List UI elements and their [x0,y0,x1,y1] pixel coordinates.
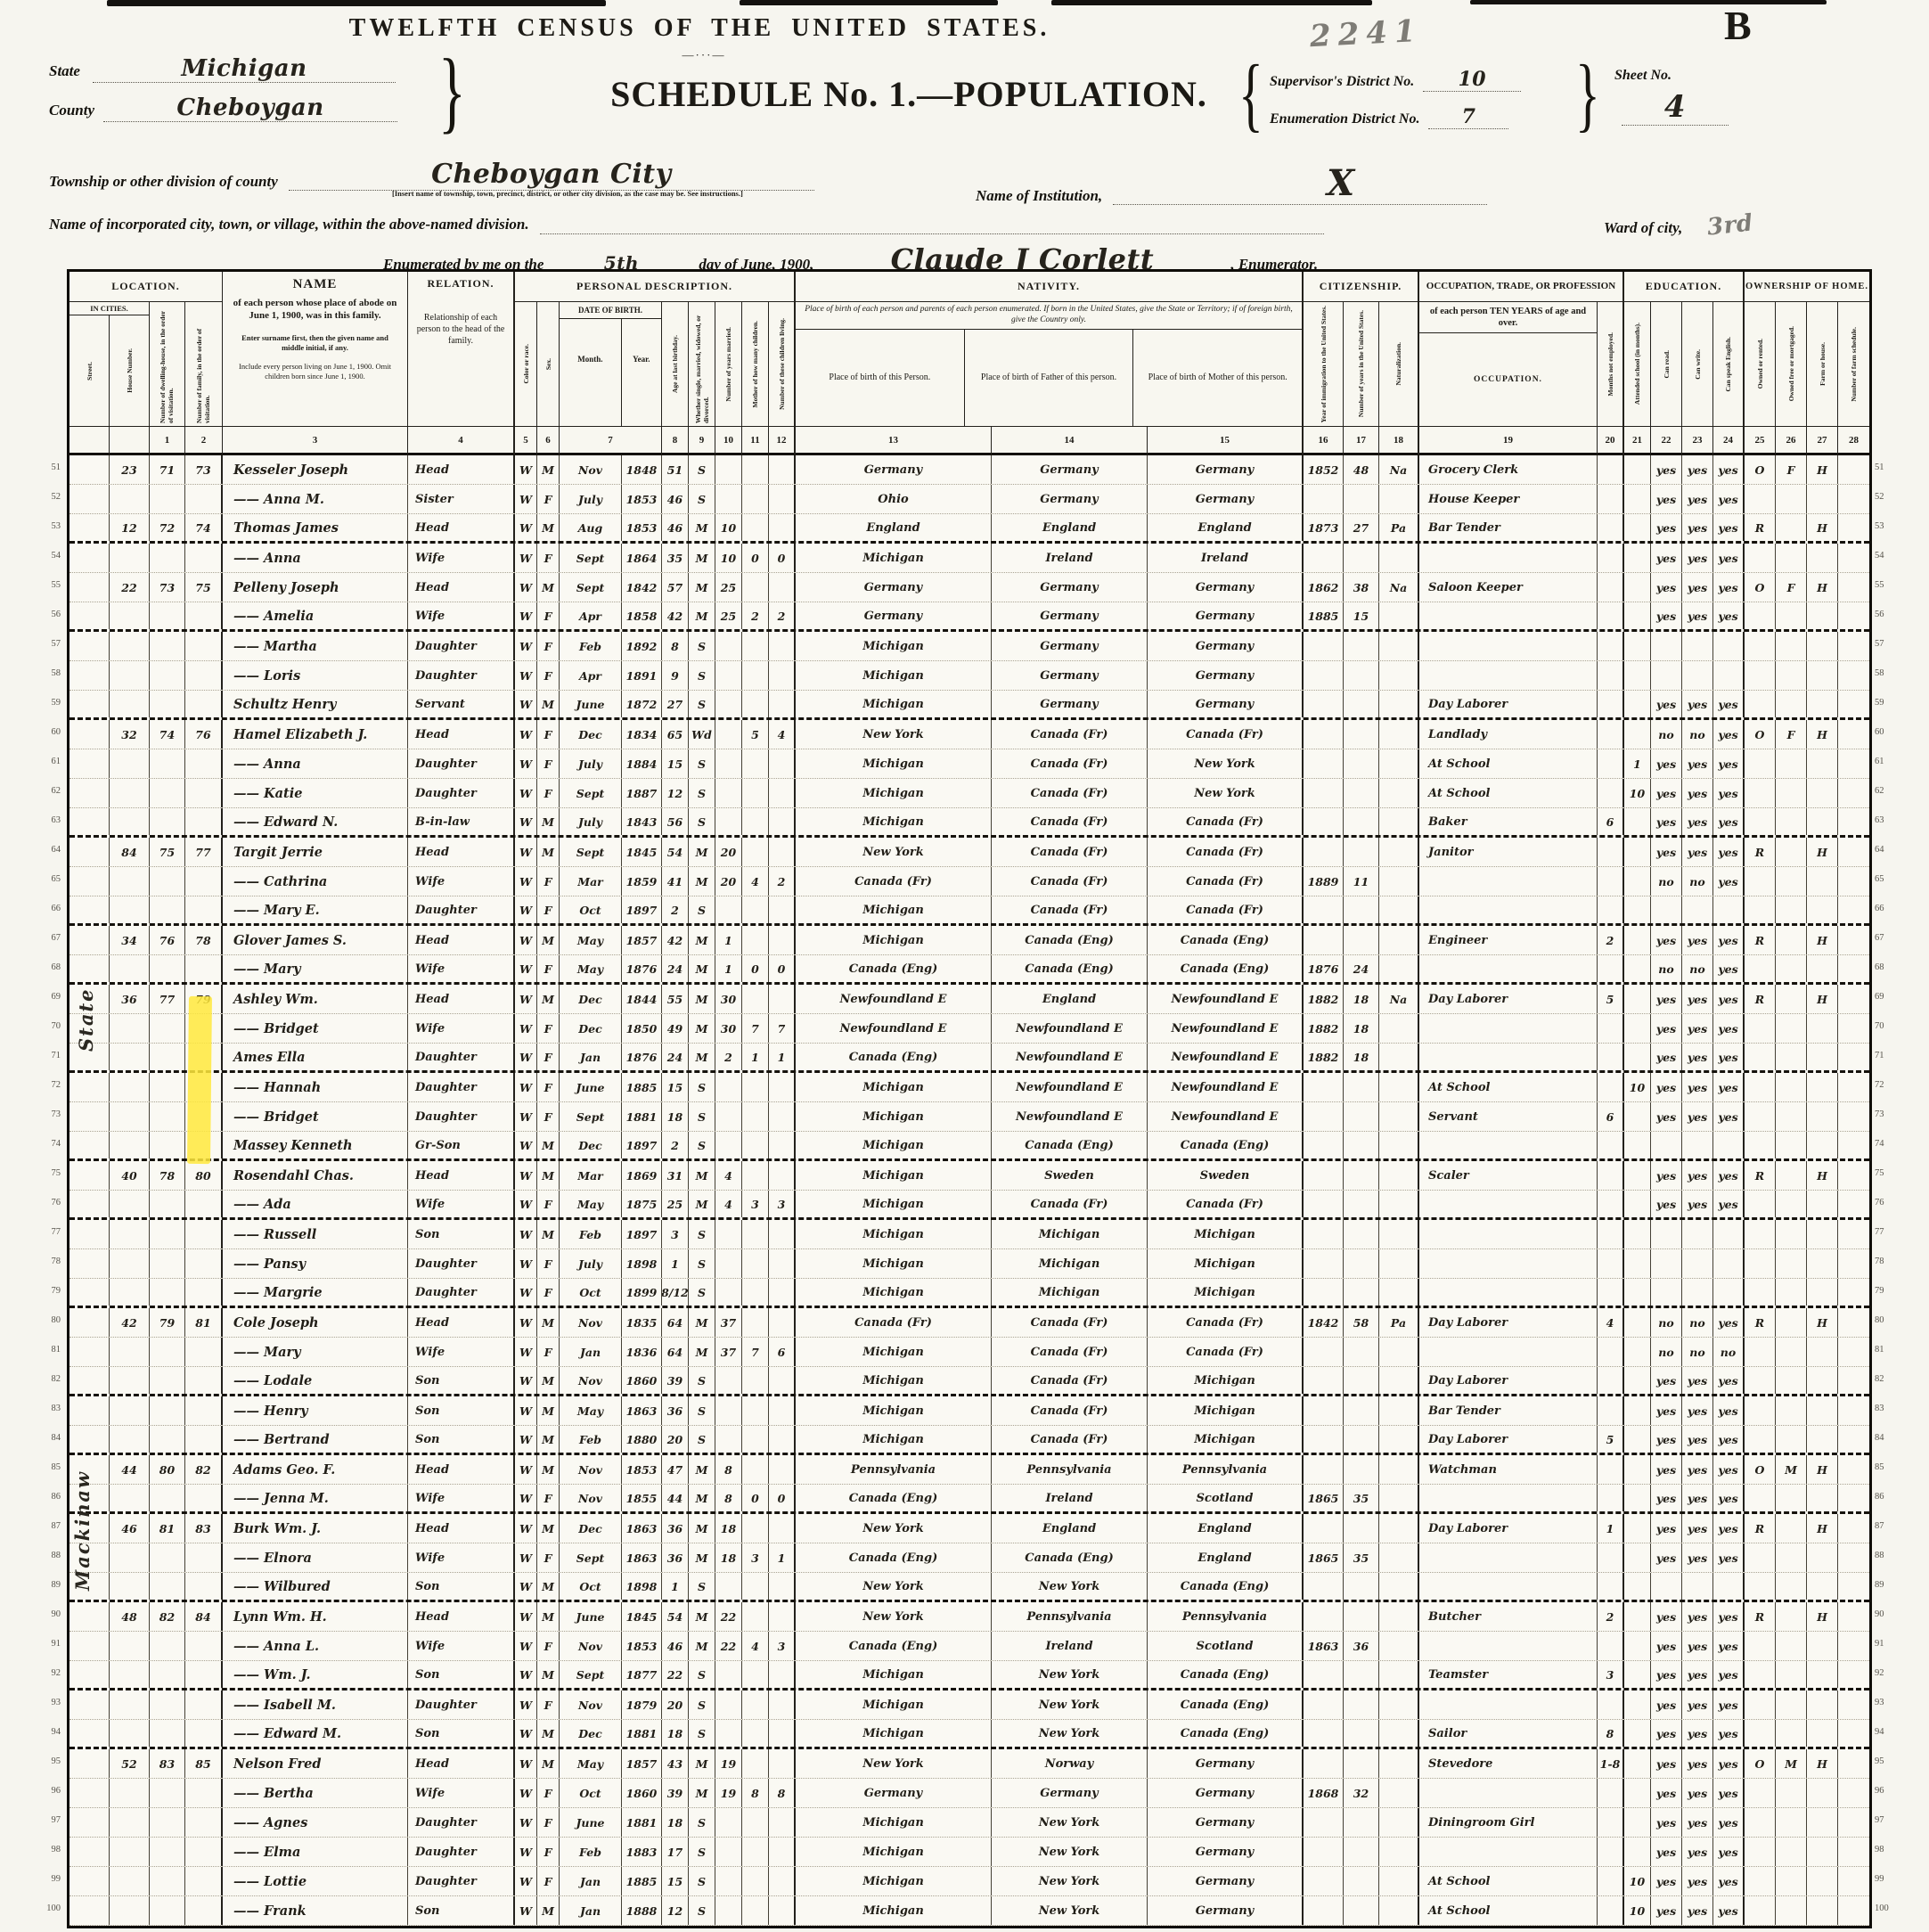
cell-ius [1344,1396,1379,1425]
cell-fs [1838,985,1869,1013]
cell-mu: 4 [1598,1308,1624,1337]
cell-fs [1838,1367,1869,1394]
cell-occ: Servant [1419,1102,1598,1131]
cell-own [1745,1338,1776,1366]
cell-bf: England [992,1514,1148,1543]
cell-color: W [515,602,537,629]
cell-bp: Canada (Eng) [796,955,992,982]
cell-fm [1776,1132,1807,1158]
cell-iy: 1842 [1304,1308,1344,1337]
cell-en: yes [1713,749,1745,778]
cell-fm [1776,1014,1807,1043]
cell-mar: M [689,1191,715,1217]
cell-nat [1379,1573,1419,1600]
cell-color: W [515,632,537,660]
cell-mu [1598,661,1624,690]
cell-house [110,661,150,690]
cell-mb [742,1279,769,1306]
cell-ym: 18 [715,1514,742,1543]
cell-bf: Canada (Fr) [992,779,1148,807]
cell-rel: Daughter [408,1808,515,1837]
cell-sch [1624,867,1651,896]
cell-mb: 7 [742,1338,769,1366]
cell-own [1745,1044,1776,1070]
imm-year-label: Year of immigration to the United States… [1320,306,1328,422]
colnum: 15 [1148,427,1304,455]
cell-ym: 8 [715,1485,742,1511]
gutter-left: 5152535455565758596061626364656667686970… [37,453,64,1923]
row-number: 86 [37,1482,64,1511]
cell-mu [1598,485,1624,513]
cell-iy [1304,544,1344,572]
cell-own [1745,602,1776,629]
cell-en [1713,896,1745,923]
cell-fam [185,602,223,629]
cell-fh [1807,1014,1838,1043]
cell-fh [1807,1573,1838,1600]
census-table: LOCATION. NAME of each person whose plac… [67,269,1872,1928]
cell-fh [1807,1279,1838,1306]
cell-mu [1598,1690,1624,1719]
school-label: Attended school (in months). [1633,323,1641,405]
cell-age: 36 [662,1396,689,1425]
cell-age: 54 [662,838,689,866]
cell-bp: Newfoundland E [796,985,992,1013]
cell-name: —— Margrie [223,1279,408,1306]
cell-age: 44 [662,1485,689,1511]
colnum: 14 [992,427,1148,455]
state-county-brace: } [438,39,466,144]
cell-month: Nov [560,1455,622,1484]
row-number: 55 [37,570,64,600]
cell-fam [185,1838,223,1866]
cell-own [1745,808,1776,835]
cell-color: W [515,1602,537,1631]
cell-occ [1419,1485,1598,1511]
cell-en: yes [1713,1808,1745,1837]
cell-ym [715,749,742,778]
cell-sex: M [537,1749,560,1778]
cell-age: 64 [662,1308,689,1337]
cell-color: W [515,455,537,484]
cell-nat [1379,1249,1419,1278]
cell-fh: H [1807,720,1838,749]
cell-fh: H [1807,455,1838,484]
row-number: 92 [1871,1658,1898,1688]
cell-fam: 76 [185,720,223,749]
cell-wr: yes [1682,544,1713,572]
row-number: 59 [1871,688,1898,717]
cell-occ: At School [1419,1073,1598,1101]
cell-nat [1379,485,1419,513]
city-line: Name of incorporated city, town, or vill… [49,216,1324,234]
cell-rd: yes [1651,1044,1682,1070]
name-sub: of each person whose place of abode on J… [230,298,400,323]
cell-mb: 7 [742,1014,769,1043]
cell-occ [1419,1838,1598,1866]
cell-ius [1344,1661,1379,1688]
cell-bp: Michigan [796,1191,992,1217]
table-row: —— Jenna M.WifeWFNov185544M800Canada (En… [69,1485,1869,1514]
cell-dwell [150,544,185,572]
cell-color: W [515,1338,537,1366]
cell-sex: F [537,661,560,690]
cell-name: —— Anna L. [223,1632,408,1660]
cell-mu [1598,1132,1624,1158]
cell-fm [1776,1426,1807,1453]
cell-name: —— Mary E. [223,896,408,923]
cell-fh [1807,485,1838,513]
state-field: Michigan [93,55,396,83]
cell-month: Oct [560,1279,622,1306]
cell-fm [1776,1808,1807,1837]
row-number: 58 [37,659,64,688]
table-row: —— HannahDaughterWFJune188515SMichiganNe… [69,1073,1869,1102]
cell-bf: Pennsylvania [992,1455,1148,1484]
mother-of-label: Mother of how many children. [751,321,759,407]
cell-bm: Canada (Eng) [1148,1690,1304,1719]
cell-sch [1624,632,1651,660]
cell-nat [1379,602,1419,629]
cell-sex: M [537,1455,560,1484]
cell-fm [1776,1573,1807,1600]
cell-fam: 82 [185,1455,223,1484]
cell-year: 1897 [622,1220,662,1248]
cell-occ [1419,1191,1598,1217]
cell-own [1745,661,1776,690]
cell-sex: F [537,1867,560,1895]
colnum: 23 [1682,427,1713,455]
cell-wr: yes [1682,749,1713,778]
cell-wr: yes [1682,985,1713,1013]
cell-rel: Daughter [408,1867,515,1895]
cell-house: 42 [110,1308,150,1337]
cell-rd: yes [1651,926,1682,954]
cell-rel: Head [408,455,515,484]
cell-name: —— Katie [223,779,408,807]
cell-rd: no [1651,1338,1682,1366]
cell-rel: Servant [408,691,515,717]
cell-nat [1379,1455,1419,1484]
table-row: —— Edward N.B-in-lawWMJuly184356SMichiga… [69,808,1869,838]
cell-wr: yes [1682,1661,1713,1688]
cell-name: Glover James S. [223,926,408,954]
cell-year: 1845 [622,1602,662,1631]
table-row: —— AnnaWifeWFSept186435M1000MichiganIrel… [69,544,1869,573]
cell-wr: no [1682,1308,1713,1337]
cell-ius [1344,838,1379,866]
cell-rel: Wife [408,544,515,572]
cell-nat [1379,1073,1419,1101]
cell-nat [1379,1838,1419,1866]
cell-age: 57 [662,573,689,602]
cell-bf: New York [992,1896,1148,1925]
cell-fs [1838,1014,1869,1043]
cell-sex: F [537,896,560,923]
cell-iy [1304,1602,1344,1631]
cell-wr: yes [1682,1161,1713,1190]
cell-iy [1304,926,1344,954]
cell-bp: Pennsylvania [796,1455,992,1484]
cell-wr: yes [1682,691,1713,717]
cell-own: R [1745,985,1776,1013]
cell-year: 1848 [622,455,662,484]
row-number: 79 [37,1276,64,1306]
cell-sex: F [537,749,560,778]
cell-sch [1624,1367,1651,1394]
cell-cl [769,1896,796,1925]
cell-dwell [150,1132,185,1158]
row-number: 79 [1871,1276,1898,1306]
cell-name: Kesseler Joseph [223,455,408,484]
cell-nat [1379,720,1419,749]
cell-en: yes [1713,1308,1745,1337]
cell-mb [742,985,769,1013]
row-number: 54 [1871,541,1898,570]
cell-bm: Canada (Fr) [1148,1308,1304,1337]
cell-fh [1807,1720,1838,1747]
cell-fm [1776,1367,1807,1394]
cell-fam: 74 [185,514,223,541]
colnum: 25 [1745,427,1776,455]
cell-nat [1379,1808,1419,1837]
cell-iy: 1876 [1304,955,1344,982]
table-row: 488284Lynn Wm. H.HeadWMJune184554M22New … [69,1602,1869,1632]
cell-own [1745,1396,1776,1425]
cell-color: W [515,720,537,749]
cell-fs [1838,779,1869,807]
cell-en: yes [1713,1367,1745,1394]
cell-house: 48 [110,1602,150,1631]
highlight-mark [187,996,212,1164]
cell-ius: 24 [1344,955,1379,982]
cell-fam: 77 [185,838,223,866]
cell-bf: Canada (Fr) [992,1426,1148,1453]
cell-house [110,1132,150,1158]
cell-sch [1624,808,1651,835]
cell-iy [1304,1102,1344,1131]
cell-sch [1624,1485,1651,1511]
cell-bm: Scotland [1148,1632,1304,1660]
cell-fs [1838,838,1869,866]
cell-bm: Newfoundland E [1148,985,1304,1013]
cell-mar: M [689,838,715,866]
cell-occ [1419,1543,1598,1572]
cell-en: yes [1713,1896,1745,1925]
name-note2: Include every person living on June 1, 1… [230,362,400,381]
cell-bm: Michigan [1148,1426,1304,1453]
cell-month: May [560,1749,622,1778]
cell-rd [1651,896,1682,923]
cell-house [110,808,150,835]
cell-bp: England [796,514,992,541]
cell-en [1713,661,1745,690]
cell-age: 1 [662,1573,689,1600]
cell-age: 31 [662,1161,689,1190]
row-number: 65 [1871,864,1898,894]
cell-rel: Daughter [408,1073,515,1101]
cell-ym [715,1690,742,1719]
table-row: —— MaryWifeWFJan183664M3776MichiganCanad… [69,1338,1869,1367]
cell-ym [715,1073,742,1101]
table-row: —— LorisDaughterWFApr18919SMichiganGerma… [69,661,1869,691]
row-number: 69 [1871,982,1898,1011]
row-number: 72 [37,1070,64,1100]
cell-age: 55 [662,985,689,1013]
table-row: 468183Burk Wm. J.HeadWMDec186336M18New Y… [69,1514,1869,1543]
cell-fs [1838,896,1869,923]
cell-bm: Canada (Fr) [1148,808,1304,835]
cell-bm: Pennsylvania [1148,1455,1304,1484]
cell-mar: S [689,485,715,513]
cell-own: O [1745,455,1776,484]
owned-header: Owned or rented. [1745,302,1776,427]
cell-name: —— Elnora [223,1543,408,1572]
cell-bm: Newfoundland E [1148,1102,1304,1131]
cell-fs [1838,691,1869,717]
cell-rel: Daughter [408,661,515,690]
cell-sex: M [537,1220,560,1248]
cell-year: 1858 [622,602,662,629]
cell-bm: Canada (Eng) [1148,1132,1304,1158]
cell-ym [715,1573,742,1600]
cell-house: 32 [110,720,150,749]
row-number: 56 [37,600,64,629]
cell-bp: Michigan [796,779,992,807]
row-number: 80 [1871,1306,1898,1335]
age-header-label: Age at last birthday. [671,335,679,393]
cell-cl [769,1102,796,1131]
cell-mb [742,1308,769,1337]
cell-year: 1898 [622,1573,662,1600]
cell-street [69,1720,110,1747]
table-row: 407880Rosendahl Chas.HeadWMMar186931M4Mi… [69,1161,1869,1191]
cell-mu: 1 [1598,1514,1624,1543]
cell-occ: Grocery Clerk [1419,455,1598,484]
cell-ius: 27 [1344,514,1379,541]
cell-fm: F [1776,455,1807,484]
name-note1: Enter surname first, then the given name… [230,333,400,353]
cell-year: 1863 [622,1543,662,1572]
cell-occ: Baker [1419,808,1598,835]
cell-ym: 10 [715,544,742,572]
cell-mar: M [689,1014,715,1043]
colnum: 9 [689,427,715,455]
cell-rd [1651,1220,1682,1248]
cell-sch [1624,1338,1651,1366]
cell-fh: H [1807,1161,1838,1190]
cell-sex: F [537,544,560,572]
cell-sex: M [537,1720,560,1747]
cell-house [110,1396,150,1425]
cell-house [110,1573,150,1600]
cell-ius [1344,1426,1379,1453]
cell-mar: M [689,867,715,896]
cell-mb [742,1161,769,1190]
colnum: 2 [185,427,223,455]
cell-wr: yes [1682,1543,1713,1572]
free-label: Owned free or mortgaged. [1787,326,1795,401]
table-row: 327476Hamel Elizabeth J.HeadWFDec183465W… [69,720,1869,749]
occupation-col-label: OCCUPATION. [1419,333,1597,426]
cell-mar: S [689,808,715,835]
cell-rd [1651,1573,1682,1600]
cell-sex: M [537,1426,560,1453]
cell-cl [769,779,796,807]
cell-wr: no [1682,955,1713,982]
cell-bf: Canada (Eng) [992,1132,1148,1158]
cell-fs [1838,1249,1869,1278]
table-row: —— MargrieDaughterWFOct18998/12SMichigan… [69,1279,1869,1308]
table-row: 847577Targit JerrieHeadWMSept184554M20Ne… [69,838,1869,867]
cell-rel: Head [408,720,515,749]
cell-ius [1344,1073,1379,1101]
colnum: 21 [1624,427,1651,455]
cell-mb: 1 [742,1044,769,1070]
cell-bm: Michigan [1148,1367,1304,1394]
cell-mu [1598,896,1624,923]
cell-name: —— Edward M. [223,1720,408,1747]
cell-house [110,1191,150,1217]
cell-mb: 2 [742,602,769,629]
cell-rel: Son [408,1661,515,1688]
cell-en: yes [1713,573,1745,602]
cell-house [110,1632,150,1660]
cell-mar: S [689,455,715,484]
cell-fh [1807,1102,1838,1131]
cell-street [69,1867,110,1895]
cell-house [110,749,150,778]
cell-dwell [150,602,185,629]
cell-wr: yes [1682,514,1713,541]
cell-street [69,691,110,717]
scan-artifact [1470,0,1827,4]
cell-ius: 36 [1344,1632,1379,1660]
cell-occ: Teamster [1419,1661,1598,1688]
table-row: —— ElnoraWifeWFSept186336M1831Canada (En… [69,1543,1869,1573]
cell-cl [769,632,796,660]
cell-year: 1835 [622,1308,662,1337]
cell-rel: Daughter [408,896,515,923]
cell-name: —— Elma [223,1838,408,1866]
cell-dwell [150,1073,185,1101]
cell-fh [1807,691,1838,717]
cell-fs [1838,1808,1869,1837]
cell-color: W [515,867,537,896]
cell-street [69,1073,110,1101]
cell-bf: New York [992,1573,1148,1600]
row-number: 76 [37,1188,64,1217]
cell-color: W [515,1485,537,1511]
cell-mb: 8 [742,1779,769,1807]
cell-mar: M [689,1485,715,1511]
cell-fam: 73 [185,455,223,484]
cell-name: —— Anna [223,749,408,778]
cell-house [110,1220,150,1248]
cell-nat [1379,1014,1419,1043]
cell-fam: 80 [185,1161,223,1190]
cell-color: W [515,1396,537,1425]
cell-color: W [515,838,537,866]
cell-name: Thomas James [223,514,408,541]
cell-wr: yes [1682,1749,1713,1778]
cell-bf: Canada (Fr) [992,1308,1148,1337]
cell-sex: F [537,1073,560,1101]
cell-street [69,838,110,866]
cell-color: W [515,1220,537,1248]
cell-nat [1379,1161,1419,1190]
cell-mu [1598,779,1624,807]
